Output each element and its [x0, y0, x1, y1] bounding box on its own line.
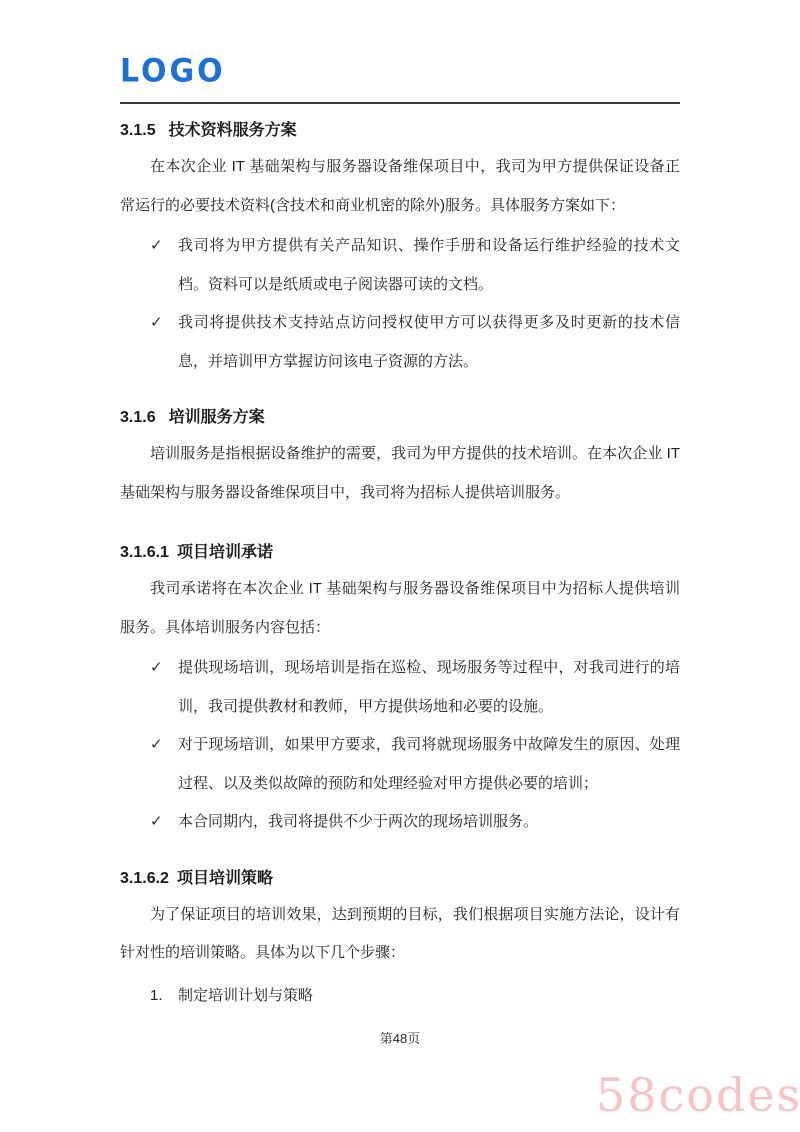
section-title: 项目培训策略 — [177, 868, 273, 890]
check-bullet-icon: ✓ — [150, 803, 178, 842]
list-item: ✓ 我司将提供技术支持站点访问授权使甲方可以获得更多及时更新的技术信息，并培训甲… — [120, 304, 680, 381]
bullet-text: 我司将提供技术支持站点访问授权使甲方可以获得更多及时更新的技术信息，并培训甲方掌… — [178, 304, 680, 381]
item-number: 1. — [150, 977, 178, 1016]
bullet-text: 提供现场培训，现场培训是指在巡检、现场服务等过程中，对我司进行的培训，我司提供教… — [178, 649, 680, 726]
section-number: 3.1.5 — [120, 120, 156, 142]
list-item: ✓ 对于现场培训，如果甲方要求，我司将就现场服务中故障发生的原因、处理过程、以及… — [120, 726, 680, 803]
section-heading: 3.1.6 培训服务方案 — [120, 407, 680, 429]
section-heading: 3.1.5 技术资料服务方案 — [120, 120, 680, 142]
bullet-list: ✓ 我司将为甲方提供有关产品知识、操作手册和设备运行维护经验的技术文档。资料可以… — [120, 227, 680, 381]
bullet-text: 我司将为甲方提供有关产品知识、操作手册和设备运行维护经验的技术文档。资料可以是纸… — [178, 227, 680, 304]
section-training-strategy: 3.1.6.2 项目培训策略 为了保证项目的培训效果，达到预期的目标，我们根据项… — [120, 868, 680, 1016]
section-number: 3.1.6.2 — [120, 868, 169, 890]
document-page: LOGO 3.1.5 技术资料服务方案 在本次企业 IT 基础架构与服务器设备维… — [0, 0, 800, 1132]
section-heading: 3.1.6.1 项目培训承诺 — [120, 542, 680, 564]
check-bullet-icon: ✓ — [150, 304, 178, 381]
list-item: ✓ 本合同期内，我司将提供不少于两次的现场培训服务。 — [120, 803, 680, 842]
section-paragraph: 在本次企业 IT 基础架构与服务器设备维保项目中，我司为甲方提供保证设备正常运行… — [120, 148, 680, 225]
section-paragraph: 我司承诺将在本次企业 IT 基础架构与服务器设备维保项目中为招标人提供培训服务。… — [120, 570, 680, 647]
watermark-text: 58codes — [596, 1068, 800, 1122]
section-title: 技术资料服务方案 — [169, 120, 297, 142]
check-bullet-icon: ✓ — [150, 649, 178, 726]
section-paragraph: 培训服务是指根据设备维护的需要，我司为甲方提供的技术培训。在本次企业 IT 基础… — [120, 435, 680, 512]
bullet-text: 本合同期内，我司将提供不少于两次的现场培训服务。 — [178, 803, 680, 842]
company-logo: LOGO — [120, 53, 226, 90]
page-header: LOGO — [120, 0, 680, 104]
numbered-list-item: 1. 制定培训计划与策略 — [120, 977, 680, 1016]
bullet-text: 对于现场培训，如果甲方要求，我司将就现场服务中故障发生的原因、处理过程、以及类似… — [178, 726, 680, 803]
section-training-service: 3.1.6 培训服务方案 培训服务是指根据设备维护的需要，我司为甲方提供的技术培… — [120, 407, 680, 512]
bullet-list: ✓ 提供现场培训，现场培训是指在巡检、现场服务等过程中，对我司进行的培训，我司提… — [120, 649, 680, 842]
list-item: ✓ 提供现场培训，现场培训是指在巡检、现场服务等过程中，对我司进行的培训，我司提… — [120, 649, 680, 726]
section-number: 3.1.6.1 — [120, 542, 169, 564]
document-content: LOGO 3.1.5 技术资料服务方案 在本次企业 IT 基础架构与服务器设备维… — [0, 0, 800, 1015]
check-bullet-icon: ✓ — [150, 227, 178, 304]
section-training-commitment: 3.1.6.1 项目培训承诺 我司承诺将在本次企业 IT 基础架构与服务器设备维… — [120, 542, 680, 842]
section-title: 项目培训承诺 — [177, 542, 273, 564]
section-heading: 3.1.6.2 项目培训策略 — [120, 868, 680, 890]
section-technical-docs: 3.1.5 技术资料服务方案 在本次企业 IT 基础架构与服务器设备维保项目中，… — [120, 120, 680, 381]
section-number: 3.1.6 — [120, 407, 156, 429]
numbered-item-text: 制定培训计划与策略 — [178, 977, 680, 1016]
section-paragraph: 为了保证项目的培训效果，达到预期的目标，我们根据项目实施方法论，设计有针对性的培… — [120, 896, 680, 973]
section-title: 培训服务方案 — [169, 407, 265, 429]
page-number: 第48页 — [0, 1030, 800, 1048]
list-item: ✓ 我司将为甲方提供有关产品知识、操作手册和设备运行维护经验的技术文档。资料可以… — [120, 227, 680, 304]
check-bullet-icon: ✓ — [150, 726, 178, 803]
